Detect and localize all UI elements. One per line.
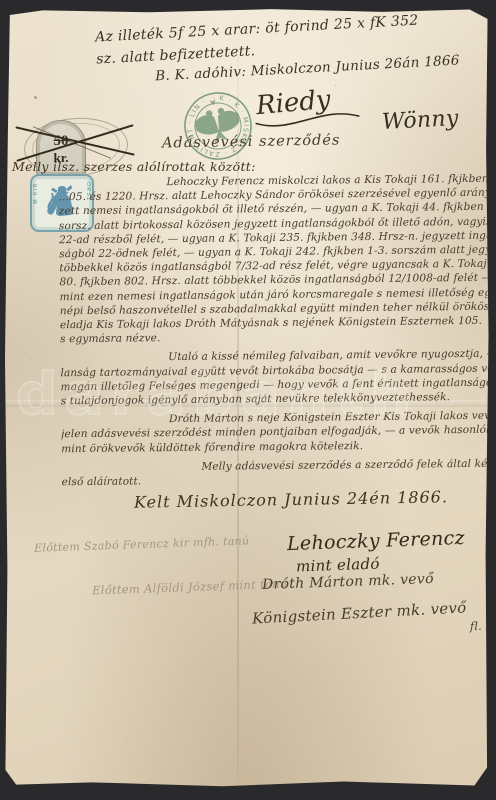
dateline: Kelt Miskolczon Junius 24én 1866. (134, 487, 448, 511)
contract-body: Lehoczky Ferencz miskolczi lakos a Kis T… (58, 172, 489, 490)
witness-signature-1: Előttem Szabó Ferencz kir mfh. tanú (34, 534, 250, 555)
document-title: Adásvevési szerződés (162, 132, 341, 151)
fee-note: Az illeték 5f 25 x arar: öt forind 25 x … (95, 11, 460, 88)
official-signature-right: Wönny (381, 106, 459, 135)
paper-sheet: Az illeték 5f 25 x arar: öt forind 25 x … (4, 8, 489, 787)
buyer-signature-1: Dróth Márton mk. vevő (262, 571, 434, 593)
document-photo: Az illeték 5f 25 x arar: öt forind 25 x … (0, 0, 496, 800)
svg-text:· K · K · MISKOLZ · ZALITANT ·: · K · K · MISKOLZ · ZALITANT · LIN · (180, 88, 256, 164)
stamp-side-text-left: M·KIR (33, 182, 39, 204)
witness-signature-2: Előttem Alföldi József mint tanú (92, 577, 288, 598)
official-signature-left: Riedy (255, 85, 332, 121)
official-round-seal: · K · K · MISKOLZ · ZALITANT · LIN · (175, 83, 260, 168)
buyer-signature-suffix: fl. (470, 620, 482, 633)
double-eagle-seal-icon: · K · K · MISKOLZ · ZALITANT · LIN · (175, 83, 260, 168)
buyer-signature-2: Königstein Eszter mk. vevő (252, 598, 467, 627)
contract-opening-line: Melly ilsz. szerzes alólírottak között: (12, 159, 256, 174)
foxing-spots (34, 96, 37, 99)
seller-signature: Lehoczky Ferencz (287, 527, 466, 555)
